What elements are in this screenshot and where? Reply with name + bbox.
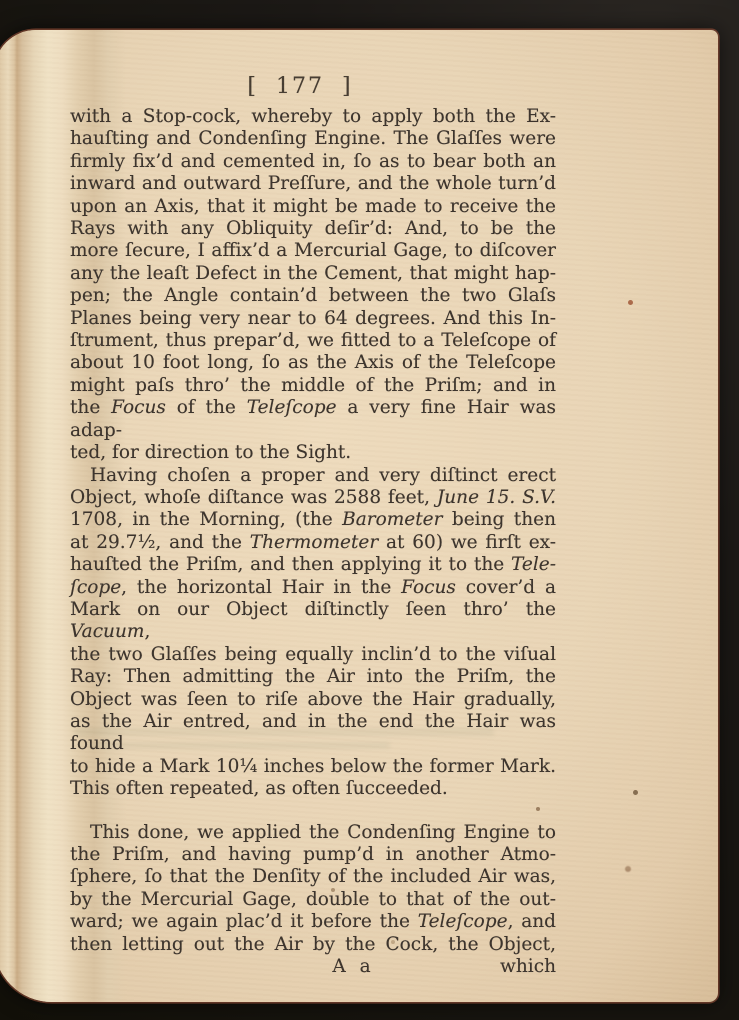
- text-line: Mark on our Object diſtinctly ſeen thro’…: [70, 599, 556, 644]
- text-segment: Rays with any Obliquity deſir’d: And, to…: [70, 218, 556, 239]
- text-segment: with a Stop-cock, whereby to apply both …: [70, 106, 556, 127]
- italic-text-segment: Focus: [401, 577, 456, 598]
- italic-text-segment: Tele-: [511, 554, 556, 575]
- text-line: more ſecure, I affix’d a Mercurial Gage,…: [70, 240, 556, 262]
- page-number: [ 177 ]: [57, 72, 543, 102]
- text-line: the Priſm, and having pump’d in another …: [70, 844, 556, 866]
- text-line: Rays with any Obliquity deſir’d: And, to…: [70, 218, 556, 240]
- text-line: ſcope, the horizontal Hair in the Focus …: [70, 577, 556, 599]
- text-segment: This done, we applied the Condenſing Eng…: [90, 822, 556, 843]
- text-segment: inward and outward Preſſure, and the who…: [70, 173, 556, 194]
- text-line: hauſted the Priſm, and then applying it …: [70, 554, 556, 576]
- photo-background: [ 177 ] with a Stop-cock, whereby to app…: [0, 0, 739, 1020]
- text-segment: cover’d a: [456, 577, 556, 598]
- text-line: then letting out the Air by the Cock, th…: [70, 934, 556, 956]
- text-line: the Focus of the Teleſcope a very fine H…: [70, 397, 556, 442]
- italic-text-segment: Teleſcope: [418, 911, 508, 932]
- text-segment: of the: [166, 397, 247, 418]
- text-line: to hide a Mark 10¼ inches below the form…: [70, 756, 556, 778]
- text-segment: firmly fix’d and cemented in, ſo as to b…: [70, 151, 556, 172]
- text-segment: any the leaſt Defect in the Cement, that…: [70, 263, 556, 284]
- text-segment: being then: [442, 509, 556, 530]
- italic-text-segment: Barometer: [342, 509, 442, 530]
- text-line: might paſs thro’ the middle of the Priſm…: [70, 375, 556, 397]
- text-segment: Having choſen a proper and very diſtinct…: [90, 465, 556, 486]
- paper-stain: [628, 300, 633, 305]
- text-line: hauſting and Condenſing Engine. The Glaſ…: [70, 128, 556, 150]
- text-line: ward; we again plac’d it before the Tele…: [70, 911, 556, 933]
- text-segment: the: [70, 397, 111, 418]
- text-line: at 29.7½, and the Thermometer at 60) we …: [70, 532, 556, 554]
- text-line: This often repeated, as often ſucceeded.: [70, 778, 556, 800]
- text-segment: the Priſm, and having pump’d in another …: [70, 844, 556, 865]
- signature-mark: A a: [332, 956, 371, 978]
- text-line: Planes being very near to 64 degrees. An…: [70, 308, 556, 330]
- italic-text-segment: June 15. S.V.: [437, 487, 556, 508]
- italic-text-segment: Focus: [111, 397, 166, 418]
- text-segment: 1708, in the Morning, (the: [70, 509, 342, 530]
- paper-stain: [625, 866, 631, 872]
- text-line: Object was ſeen to riſe above the Hair g…: [70, 689, 556, 711]
- text-line: Having choſen a proper and very diſtinct…: [70, 465, 556, 487]
- text-segment: the two Glaſſes being equally inclin’d t…: [70, 644, 556, 665]
- text-segment: pen; the Angle contain’d between the two…: [70, 285, 556, 306]
- text-line: ſphere, ſo that the Denſity of the inclu…: [70, 866, 556, 888]
- text-segment: ſtrument, thus prepar’d, we fitted to a …: [70, 330, 556, 351]
- catchline: A a which: [70, 956, 556, 979]
- text-line: upon an Axis, that it might be made to r…: [70, 196, 556, 218]
- text-segment: upon an Axis, that it might be made to r…: [70, 196, 556, 217]
- text-segment: Object was ſeen to riſe above the Hair g…: [70, 689, 556, 710]
- italic-text-segment: ſcope: [70, 577, 121, 598]
- italic-text-segment: Teleſcope: [247, 397, 337, 418]
- paper-stain: [633, 790, 638, 795]
- text-segment: Ray: Then admitting the Air into the Pri…: [70, 666, 556, 687]
- text-line: by the Mercurial Gage, double to that of…: [70, 889, 556, 911]
- text-segment: ,: [144, 621, 150, 642]
- text-segment: Mark on our Object diſtinctly ſeen thro’…: [70, 599, 556, 620]
- body-text: with a Stop-cock, whereby to apply both …: [70, 106, 556, 956]
- text-segment: hauſting and Condenſing Engine. The Glaſ…: [70, 128, 556, 149]
- text-block: [ 177 ] with a Stop-cock, whereby to app…: [70, 72, 556, 979]
- text-segment: ward; we again plac’d it before the: [70, 911, 418, 932]
- text-segment: , and: [508, 911, 556, 932]
- text-line: about 10 foot long, ſo as the Axis of th…: [70, 352, 556, 374]
- text-segment: ted, for direction to the Sight.: [70, 442, 351, 463]
- text-line: any the leaſt Defect in the Cement, that…: [70, 263, 556, 285]
- text-line: pen; the Angle contain’d between the two…: [70, 285, 556, 307]
- text-line: ſtrument, thus prepar’d, we fitted to a …: [70, 330, 556, 352]
- text-segment: as the Air entred, and in the end the Ha…: [70, 711, 556, 754]
- text-segment: at 60) we firſt ex-: [378, 532, 556, 553]
- text-line: firmly fix’d and cemented in, ſo as to b…: [70, 151, 556, 173]
- text-segment: ſphere, ſo that the Denſity of the inclu…: [70, 866, 556, 887]
- text-segment: by the Mercurial Gage, double to that of…: [70, 889, 556, 910]
- text-line: ted, for direction to the Sight.: [70, 442, 556, 464]
- text-segment: Planes being very near to 64 degrees. An…: [70, 308, 556, 329]
- text-segment: might paſs thro’ the middle of the Priſm…: [70, 375, 556, 396]
- text-segment: then letting out the Air by the Cock, th…: [70, 934, 556, 955]
- catchword: which: [500, 956, 556, 978]
- italic-text-segment: Vacuum: [70, 621, 144, 642]
- italic-text-segment: Thermometer: [250, 532, 378, 553]
- text-segment: at 29.7½, and the: [70, 532, 250, 553]
- text-line: as the Air entred, and in the end the Ha…: [70, 711, 556, 756]
- text-line: Ray: Then admitting the Air into the Pri…: [70, 666, 556, 688]
- text-line: the two Glaſſes being equally inclin’d t…: [70, 644, 556, 666]
- text-line: with a Stop-cock, whereby to apply both …: [70, 106, 556, 128]
- text-line: inward and outward Preſſure, and the who…: [70, 173, 556, 195]
- text-segment: hauſted the Priſm, and then applying it …: [70, 554, 511, 575]
- text-segment: to hide a Mark 10¼ inches below the form…: [70, 756, 556, 777]
- book-page: [ 177 ] with a Stop-cock, whereby to app…: [0, 30, 718, 1002]
- text-line: 1708, in the Morning, (the Barometer bei…: [70, 509, 556, 531]
- text-segment: more ſecure, I affix’d a Mercurial Gage,…: [70, 240, 556, 261]
- text-line: Object, whoſe diſtance was 2588 feet, Ju…: [70, 487, 556, 509]
- text-line: This done, we applied the Condenſing Eng…: [70, 822, 556, 844]
- text-segment: about 10 foot long, ſo as the Axis of th…: [70, 352, 556, 373]
- text-segment: This often repeated, as often ſucceeded.: [70, 778, 448, 799]
- text-segment: Object, whoſe diſtance was 2588 feet,: [70, 487, 437, 508]
- text-segment: , the horizontal Hair in the: [121, 577, 401, 598]
